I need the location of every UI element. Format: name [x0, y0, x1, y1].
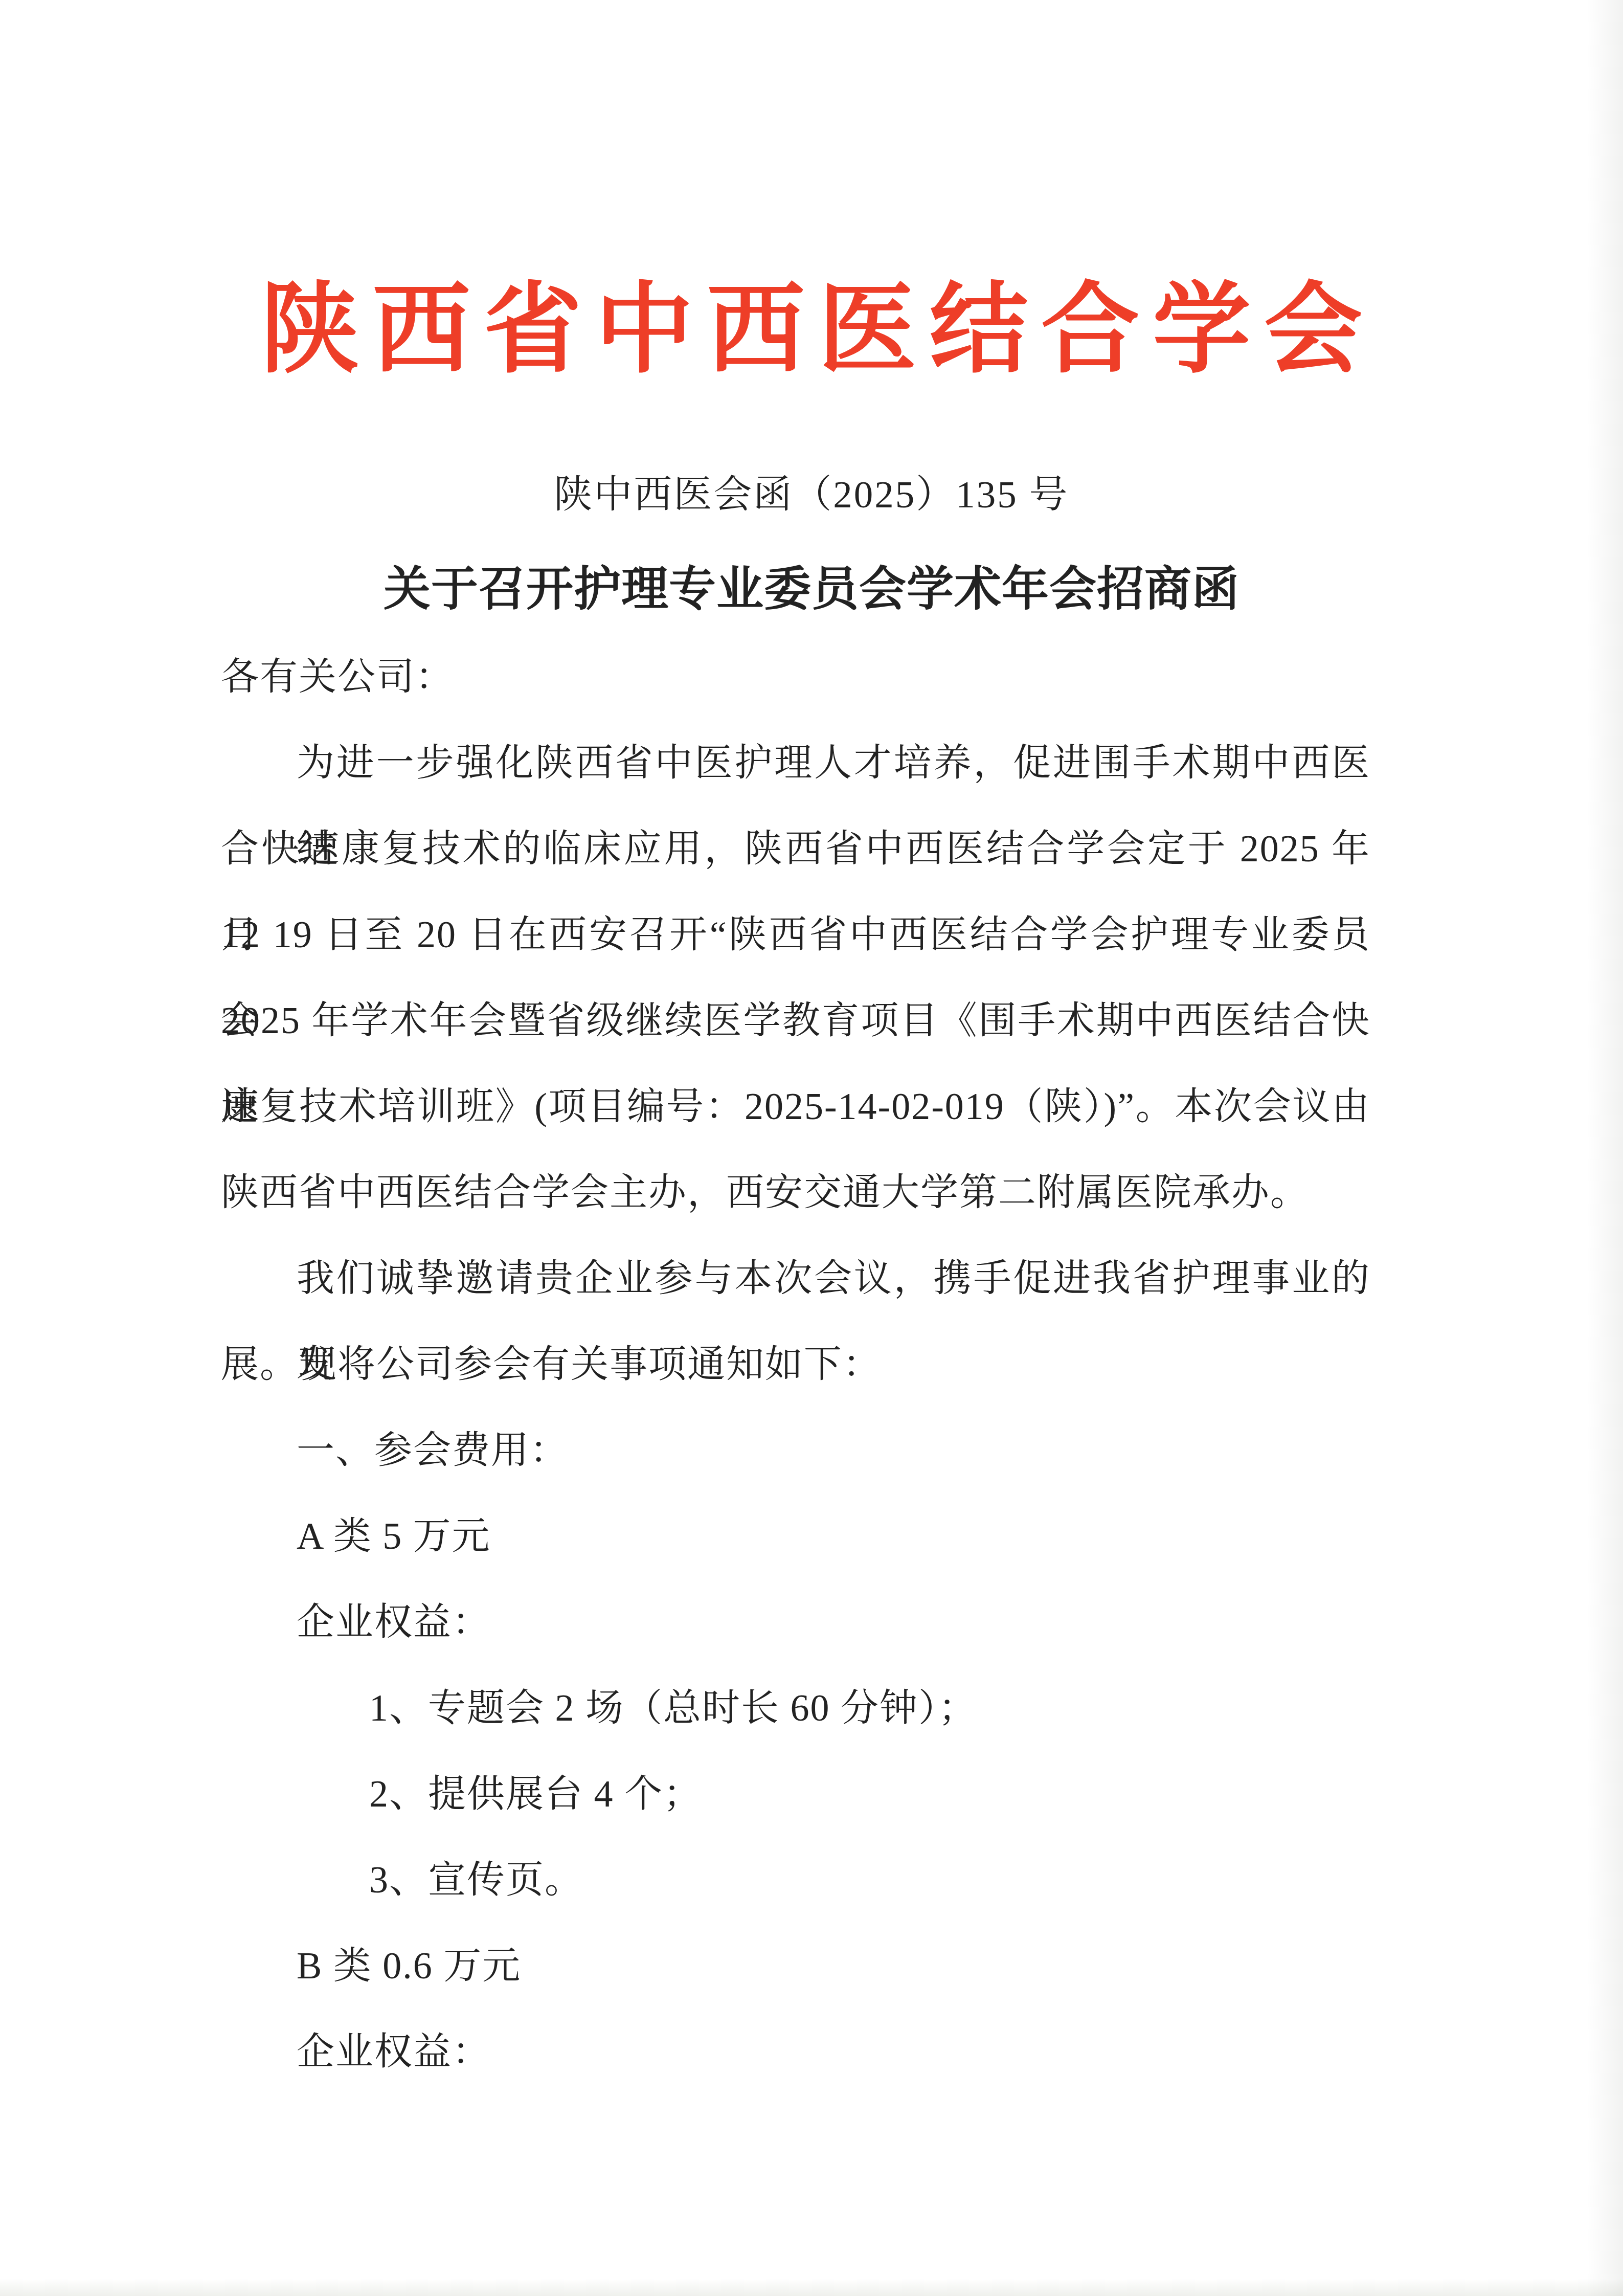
body-line: 月 19 日至 20 日在西安召开“陕西省中西医结合学会护理专业委员会 [221, 892, 1370, 978]
body-line: 合快速康复技术的临床应用，陕西省中西医结合学会定于 2025 年 12 [221, 806, 1370, 892]
body-line: 3、宣传页。 [221, 1837, 1370, 1923]
scanned-letter-page: 陕西省中西医结合学会 陕中西医会函（2025）135 号 关于召开护理专业委员会… [0, 0, 1623, 2296]
body-line: 一、参会费用： [221, 1408, 1370, 1493]
body-line: 我们诚挚邀请贵企业参与本次会议，携手促进我省护理事业的发 [221, 1236, 1370, 1322]
body-line: 企业权益： [221, 2009, 1370, 2095]
scan-edge-shadow-bottom [0, 2279, 1623, 2296]
body-line: 陕西省中西医结合学会主办，西安交通大学第二附属医院承办。 [221, 1150, 1370, 1236]
body-line: 康复技术培训班》(项目编号：2025-14-02-019（陕）)”。本次会议由 [221, 1064, 1370, 1150]
body-line: 1、专题会 2 场（总时长 60 分钟）； [221, 1665, 1370, 1751]
body-line: 2025 年学术年会暨省级继续医学教育项目《围手术期中西医结合快速 [221, 978, 1370, 1064]
document-title: 关于召开护理专业委员会学术年会招商函 [0, 561, 1623, 618]
body-line: A 类 5 万元 [221, 1493, 1370, 1579]
body-line: 展。现将公司参会有关事项通知如下： [221, 1322, 1370, 1408]
letterhead-title: 陕西省中西医结合学会 [0, 275, 1623, 385]
body-line: 2、提供展台 4 个； [221, 1751, 1370, 1837]
document-body: 各有关公司：为进一步强化陕西省中医护理人才培养，促进围手术期中西医结合快速康复技… [221, 634, 1370, 2095]
body-line: 企业权益： [221, 1579, 1370, 1665]
body-line: B 类 0.6 万元 [221, 1923, 1370, 2009]
document-number: 陕中西医会函（2025）135 号 [0, 471, 1623, 519]
body-line: 为进一步强化陕西省中医护理人才培养，促进围手术期中西医结 [221, 720, 1370, 806]
body-line: 各有关公司： [221, 634, 1370, 720]
